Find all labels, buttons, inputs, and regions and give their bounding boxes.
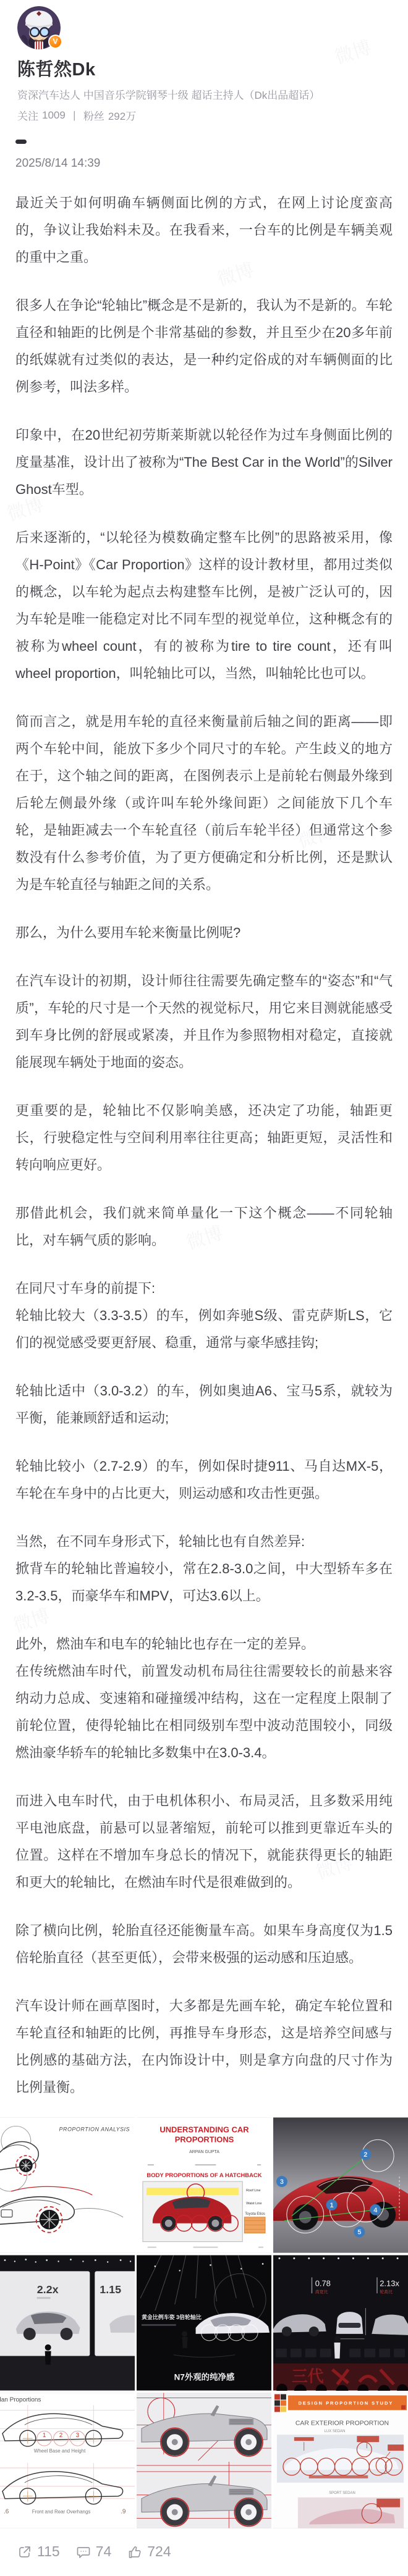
comment-count: 74 bbox=[96, 2543, 112, 2560]
post-paragraph: 汽车设计师在画草图时，大多都是先画车轮，确定车轮位置和车轮直径和轴距的比例，再推… bbox=[15, 1993, 393, 2101]
grid-image-exterior-study[interactable]: DESIGN PROPORTION STUDY CAR EXTERIOR PRO… bbox=[273, 2393, 408, 2528]
following-count[interactable]: 1009 bbox=[42, 109, 66, 122]
avatar[interactable]: V bbox=[17, 6, 61, 49]
stats-divider: 丨 bbox=[69, 107, 80, 123]
marker-5: 5 bbox=[357, 2229, 361, 2236]
sedan-number-1: 1 bbox=[43, 2432, 46, 2439]
study-header: DESIGN PROPORTION STUDY bbox=[299, 2400, 394, 2406]
post-paragraph: 更重要的是，轮轴比不仅影响美感，还决定了功能，轴距更长，行驶稳定性与空间利用率往… bbox=[15, 1097, 393, 1179]
post-paragraph: 在汽车设计的初期，设计师往往需要先确定整车的“姿态”和“气质”，车轮的尺寸是一个… bbox=[15, 968, 393, 1076]
sedan-number-2: 2 bbox=[59, 2432, 63, 2439]
comment-icon bbox=[76, 2545, 91, 2559]
grid-image-sedan-proportions[interactable]: Sedan Proportions 1 2 3 Wheel Base and H… bbox=[0, 2393, 135, 2528]
sedan-caption-top: Wheel Base and Height bbox=[34, 2448, 86, 2454]
sedan-caption-bottom: Front and Rear Overhangs bbox=[32, 2509, 91, 2515]
ratio-banner-text: 三代 bbox=[292, 2368, 324, 2386]
post-paragraph: 除了横向比例，轮胎直径还能衡量车高。如果车身高度仅为1.5倍轮胎直径（甚至更低）… bbox=[15, 1917, 393, 1972]
post-paragraph: 很多人在争论“轮轴比”概念是不是新的，我认为不是新的。车轮直径和轴距的比例是个非… bbox=[15, 292, 393, 401]
post-paragraph: 轮轴比较小（2.7-2.9）的车，例如保时捷911、马自达MX-5，车轮在车身中… bbox=[15, 1453, 393, 1507]
slide-label-model: Toyota Etios bbox=[245, 2212, 265, 2216]
post-body: 最近关于如何明确车辆侧面比例的方式，在网上讨论度蛮高的，争议让我始料未及。在我看… bbox=[15, 190, 393, 2101]
stage-metric-right: 1.15 bbox=[100, 2283, 121, 2296]
like-stat[interactable]: 724 bbox=[127, 2543, 171, 2560]
slide-subtitle: BODY PROPORTIONS OF A HATCHBACK bbox=[147, 2172, 261, 2179]
ratio-label-2: 轮高比 bbox=[380, 2289, 393, 2294]
post-paragraph: 那借此机会，我们就来简单量化一下这个概念——不同轮轴比，对车辆气质的影响。 bbox=[15, 1200, 393, 1254]
ratio-metric-2: 2.13x bbox=[380, 2278, 399, 2288]
study-title: CAR EXTERIOR PROPORTION bbox=[295, 2420, 389, 2427]
collapse-dash bbox=[15, 140, 27, 144]
post-paragraph: 最近关于如何明确车辆侧面比例的方式，在网上讨论度蛮高的，争议让我始料未及。在我看… bbox=[15, 190, 393, 271]
slide-title-line1: UNDERSTANDING CAR bbox=[159, 2125, 249, 2134]
n7-headline: 黄金比例车姿 3倍轮轴比 bbox=[142, 2314, 202, 2320]
user-stats: 关注 1009 丨 粉丝 292万 bbox=[17, 107, 408, 123]
marker-3: 3 bbox=[280, 2178, 284, 2186]
n7-caption: N7外观的纯净感 bbox=[174, 2372, 235, 2382]
grid-image-stage-suv[interactable]: 2.2x 1.15 bbox=[0, 2255, 135, 2391]
username[interactable]: 陈哲然Dk bbox=[17, 56, 408, 81]
followers-label[interactable]: 粉丝 bbox=[83, 107, 104, 123]
like-count: 724 bbox=[147, 2543, 171, 2560]
share-icon bbox=[17, 2545, 32, 2559]
share-count: 115 bbox=[37, 2543, 60, 2560]
post-paragraph: 简而言之，就是用车轮的直径来衡量前后轴之间的距离——即两个车轮中间，能放下多少个… bbox=[15, 708, 393, 898]
grid-image-stage-n7[interactable]: 黄金比例车姿 3倍轮轴比 N7外观的纯净感 bbox=[137, 2255, 271, 2391]
grid-image-hatchback-slide[interactable]: UNDERSTANDING CAR PROPORTIONS ARPAN GUPT… bbox=[137, 2117, 271, 2253]
grid-image-proportion-sketch[interactable]: PROPORTION ANALYSIS bbox=[0, 2117, 135, 2253]
post-date: 2025/8/14 14:39 bbox=[15, 157, 408, 170]
following-label[interactable]: 关注 bbox=[17, 107, 38, 123]
slide-label-roof: Roof Line bbox=[246, 2189, 260, 2193]
sedan-number-3: 3 bbox=[76, 2432, 80, 2439]
sedan-sketch-title: Sedan Proportions bbox=[0, 2396, 41, 2403]
study-type-lux: LUX SEDAN bbox=[325, 2430, 346, 2433]
post-paragraph: 后来逐渐的，“以轮径为模数确定整车比例”的思路被采用，像《H-Point》《Ca… bbox=[15, 524, 393, 687]
marker-1: 1 bbox=[330, 2202, 334, 2209]
weibo-post-page: 微博 微博 微博 微博 微博 微博 微博 V bbox=[0, 0, 408, 2576]
ratio-metric-1: 0.78 bbox=[315, 2278, 331, 2288]
marker-4: 4 bbox=[373, 2207, 378, 2214]
image-grid: PROPORTION ANALYSIS bbox=[0, 2117, 408, 2528]
post-paragraph: 那么，为什么要用车轮来衡量比例呢? bbox=[15, 919, 393, 947]
grid-image-red-coupe-analysis[interactable]: 1 2 3 4 5 bbox=[273, 2117, 408, 2253]
post-paragraph: 此外，燃油车和电车的轮轴比也存在一定的差异。 在传统燃油车时代，前置发动机布局往… bbox=[15, 1631, 393, 1767]
study-type-sport: SPORT SEDAN bbox=[329, 2491, 355, 2495]
ratio-label-1: 高宽比 bbox=[315, 2289, 328, 2294]
slide-title-line2: PROPORTIONS bbox=[175, 2135, 234, 2144]
user-bio: 资深汽车达人 中国音乐学院钢琴十级 超话主持人（Dk出品超话） bbox=[17, 86, 391, 102]
share-stat[interactable]: 115 bbox=[17, 2543, 60, 2560]
grid-image-vintage-roadster[interactable] bbox=[137, 2393, 271, 2528]
slide-label-waist: Waist Line bbox=[246, 2202, 261, 2206]
verified-badge-icon: V bbox=[48, 35, 62, 49]
engagement-bar: 115 74 724 bbox=[0, 2528, 408, 2576]
post-paragraph: 在同尺寸车身的前提下: 轮轴比较大（3.3-3.5）的车，例如奔驰S级、雷克萨斯… bbox=[15, 1275, 393, 1357]
comment-stat[interactable]: 74 bbox=[76, 2543, 112, 2560]
post-paragraph: 印象中，在20世纪初劳斯莱斯就以轮径作为过车身侧面比例的度量基准，设计出了被称为… bbox=[15, 422, 393, 503]
post-header: V 陈哲然Dk 资深汽车达人 中国音乐学院钢琴十级 超话主持人（Dk出品超话） … bbox=[0, 6, 408, 123]
sketch-title: PROPORTION ANALYSIS bbox=[59, 2126, 130, 2132]
sedan-value-left: .6 bbox=[4, 2509, 9, 2515]
grid-image-stage-ratio[interactable]: 0.78 高宽比 2.13x 轮高比 三代 bbox=[273, 2255, 408, 2391]
post-paragraph: 轮轴比适中（3.0-3.2）的车，例如奥迪A6、宝马5系，就较为平衡，能兼顾舒适… bbox=[15, 1378, 393, 1432]
stage-metric-left: 2.2x bbox=[37, 2283, 59, 2296]
followers-count[interactable]: 292万 bbox=[108, 107, 136, 123]
post-paragraph: 而进入电车时代，由于电机体积小、布局灵活，且多数采用纯平电池底盘，前悬可以显著缩… bbox=[15, 1788, 393, 1896]
slide-author: ARPAN GUPTA bbox=[189, 2150, 219, 2154]
sedan-value-right: .9 bbox=[121, 2509, 126, 2515]
post-paragraph: 当然，在不同车身形式下，轮轴比也有自然差异: 掀背车的轮轴比普遍较小，常在2.8… bbox=[15, 1528, 393, 1610]
marker-2: 2 bbox=[363, 2151, 367, 2159]
thumbs-up-icon bbox=[127, 2545, 142, 2559]
